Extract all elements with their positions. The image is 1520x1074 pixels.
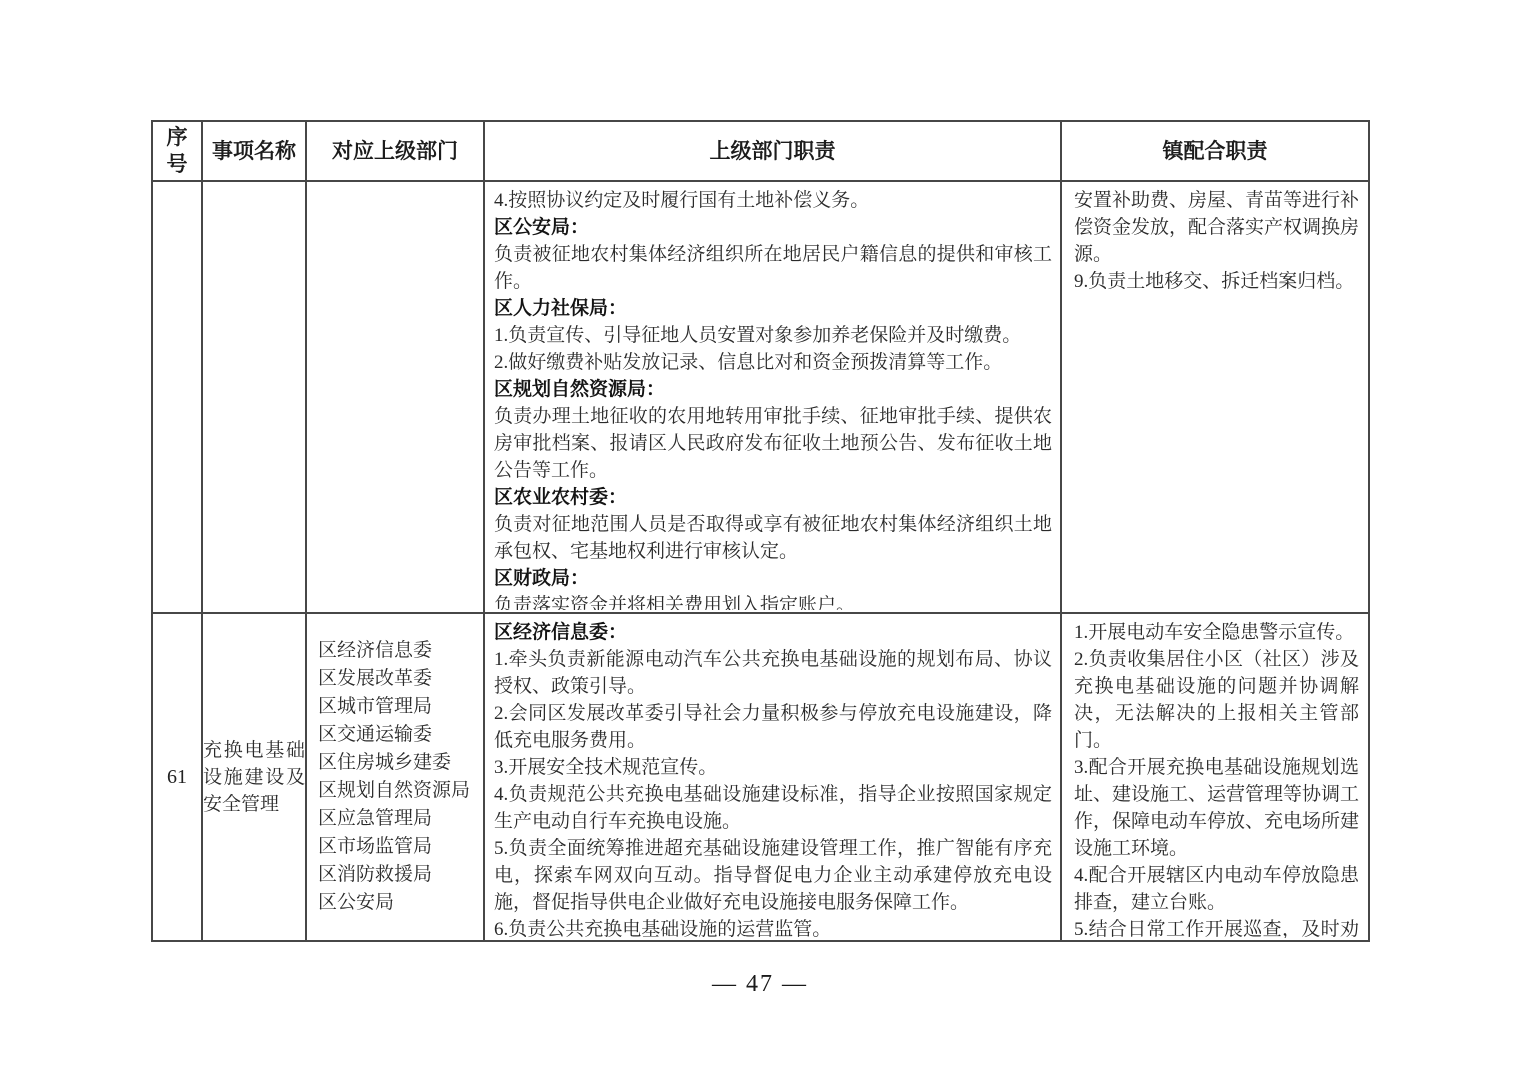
duty-paragraph: 1.开展电动车安全隐患警示宣传。 [1074,619,1359,646]
duty-paragraph: 5.结合日常工作开展巡查，及时劝阻、上报电动车违规停放充电等违 [1074,916,1359,938]
duty-paragraph: 6.负责公共充换电基础设施的运营监管。 [494,916,1052,938]
table-row-continuation: 4.按照协议约定及时履行国有土地补偿义务。区公安局：负责被征地农村集体经济组织所… [152,181,1369,613]
duty-paragraph: 区公安局： [494,214,1052,241]
duty-paragraph: 5.负责全面统筹推进超充基础设施建设管理工作，推广智能有序充电，探索车网双向互动… [494,835,1052,916]
cell-departments [306,181,484,613]
department-line: 区交通运输委 [318,721,483,749]
duty-paragraph: 负责办理土地征收的农用地转用审批手续、征地审批手续、提供农房审批档案、报请区人民… [494,403,1052,484]
header-town-duties: 镇配合职责 [1061,121,1369,181]
duty-paragraph: 安置补助费、房屋、青苗等进行补偿资金发放，配合落实产权调换房源。 [1074,187,1359,268]
page-number: — 47 — [0,971,1520,998]
duty-paragraph: 2.会同区发展改革委引导社会力量积极参与停放充电设施建设，降低充电服务费用。 [494,700,1052,754]
duty-paragraph: 区规划自然资源局： [494,376,1052,403]
town-duties-text: 安置补助费、房屋、青苗等进行补偿资金发放，配合落实产权调换房源。9.负责土地移交… [1062,182,1368,610]
department-line: 区公安局 [318,889,483,917]
header-item-name: 事项名称 [202,121,306,181]
duty-paragraph: 4.按照协议约定及时履行国有土地补偿义务。 [494,187,1052,214]
cell-town-duties: 安置补助费、房屋、青苗等进行补偿资金发放，配合落实产权调换房源。9.负责土地移交… [1061,181,1369,613]
department-line: 区城市管理局 [318,693,483,721]
department-line: 区规划自然资源局 [318,777,483,805]
duty-paragraph: 区人力社保局： [494,295,1052,322]
duty-paragraph: 区经济信息委： [494,619,1052,646]
duty-paragraph: 9.负责土地移交、拆迁档案归档。 [1074,268,1359,295]
header-seq: 序号 [152,121,202,181]
town-duties-text: 1.开展电动车安全隐患警示宣传。2.负责收集居住小区（社区）涉及充换电基础设施的… [1062,614,1368,938]
header-row: 序号 事项名称 对应上级部门 上级部门职责 镇配合职责 [152,121,1369,181]
department-line: 区市场监管局 [318,833,483,861]
department-line: 区应急管理局 [318,805,483,833]
superior-duties-text: 4.按照协议约定及时履行国有土地补偿义务。区公安局：负责被征地农村集体经济组织所… [485,182,1060,610]
header-superior-duties: 上级部门职责 [484,121,1061,181]
duty-paragraph: 3.配合开展充换电基础设施规划选址、建设施工、运营管理等协调工作，保障电动车停放… [1074,754,1359,862]
cell-superior-duties: 区经济信息委：1.牵头负责新能源电动汽车公共充换电基础设施的规划布局、协议授权、… [484,613,1061,941]
superior-duties-text: 区经济信息委：1.牵头负责新能源电动汽车公共充换电基础设施的规划布局、协议授权、… [485,614,1060,938]
duty-paragraph: 区财政局： [494,565,1052,592]
duty-paragraph: 负责落实资金并将相关费用划入指定账户。 [494,592,1052,610]
duty-paragraph: 2.做好缴费补贴发放记录、信息比对和资金预拨清算等工作。 [494,349,1052,376]
duty-paragraph: 3.开展安全技术规范宣传。 [494,754,1052,781]
duty-paragraph: 负责被征地农村集体经济组织所在地居民户籍信息的提供和审核工作。 [494,241,1052,295]
duty-paragraph: 1.负责宣传、引导征地人员安置对象参加养老保险并及时缴费。 [494,322,1052,349]
cell-item-name: 充换电基础设施建设及安全管理 [202,613,306,941]
duty-paragraph: 4.配合开展辖区内电动车停放隐患排查，建立台账。 [1074,862,1359,916]
department-line: 区经济信息委 [318,637,483,665]
cell-seq: 61 [152,613,202,941]
department-line: 区消防救援局 [318,861,483,889]
duty-paragraph: 2.负责收集居住小区（社区）涉及充换电基础设施的问题并协调解决，无法解决的上报相… [1074,646,1359,754]
cell-item-name [202,181,306,613]
table-row-61: 61 充换电基础设施建设及安全管理 区经济信息委区发展改革委区城市管理局区交通运… [152,613,1369,941]
header-superior-department: 对应上级部门 [306,121,484,181]
duty-paragraph: 负责对征地范围人员是否取得或享有被征地农村集体经济组织土地承包权、宅基地权利进行… [494,511,1052,565]
department-line: 区发展改革委 [318,665,483,693]
duty-paragraph: 区农业农村委： [494,484,1052,511]
cell-departments: 区经济信息委区发展改革委区城市管理局区交通运输委区住房城乡建委区规划自然资源局区… [306,613,484,941]
duty-paragraph: 4.负责规范公共充换电基础设施建设标准，指导企业按照国家规定生产电动自行车充换电… [494,781,1052,835]
department-list: 区经济信息委区发展改革委区城市管理局区交通运输委区住房城乡建委区规划自然资源局区… [307,637,483,917]
duties-table: 序号 事项名称 对应上级部门 上级部门职责 镇配合职责 4.按照协议约定及时履行… [151,120,1370,942]
cell-superior-duties: 4.按照协议约定及时履行国有土地补偿义务。区公安局：负责被征地农村集体经济组织所… [484,181,1061,613]
cell-seq [152,181,202,613]
document-page: 序号 事项名称 对应上级部门 上级部门职责 镇配合职责 4.按照协议约定及时履行… [0,0,1520,1074]
cell-town-duties: 1.开展电动车安全隐患警示宣传。2.负责收集居住小区（社区）涉及充换电基础设施的… [1061,613,1369,941]
duty-paragraph: 1.牵头负责新能源电动汽车公共充换电基础设施的规划布局、协议授权、政策引导。 [494,646,1052,700]
department-line: 区住房城乡建委 [318,749,483,777]
